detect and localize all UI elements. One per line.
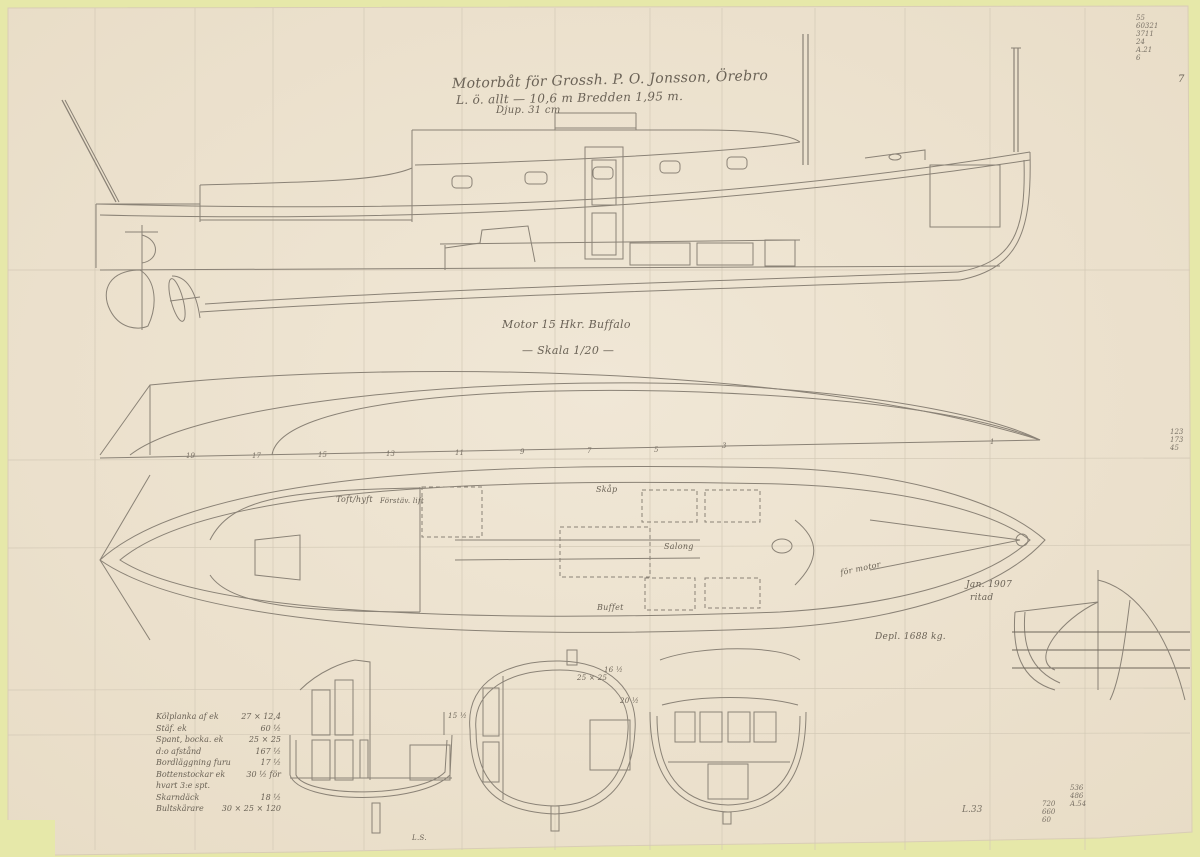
table-row: hvart 3:e spt. — [156, 781, 281, 793]
station-label: 9 — [520, 448, 524, 456]
station-label: 7 — [587, 447, 591, 455]
drawn-note: ritad — [970, 593, 993, 603]
station-label: 19 — [186, 452, 195, 460]
table-row: Kölplanka af ek27 × 12,4 — [156, 712, 281, 724]
station-label: 11 — [455, 449, 464, 457]
station-label: 3 — [722, 442, 726, 450]
table-row: Skarndäck18 ½ — [156, 793, 281, 805]
plan-label-salon: Salong — [664, 542, 694, 551]
page-number: 7 — [1178, 74, 1185, 85]
table-row: Bultskärare30 × 25 × 120 — [156, 804, 281, 816]
depth-note: Djup. 31 cm — [496, 105, 561, 116]
plan-label-cabinet: Skåp — [596, 485, 617, 494]
section2-dim-c: 20 ½ — [620, 697, 639, 705]
station-label: 17 — [252, 452, 261, 460]
margin-note-top-right: 55 60321 3711 24 A.21 6 — [1136, 14, 1158, 62]
plan-label-room1: Toft/hyft — [336, 495, 373, 504]
table-row: Bordläggning furu17 ½ — [156, 758, 281, 770]
date-note: Jan. 1907 — [966, 580, 1012, 590]
table-row: Spant, bocka. ek25 × 25 — [156, 735, 281, 747]
section-bottom-note: L.S. — [412, 834, 427, 842]
plan-label-buffet: Buffet — [597, 603, 624, 612]
motor-note: Motor 15 Hkr. Buffalo — [502, 318, 631, 331]
plan-label-room2: Förstäv. lift — [380, 497, 424, 505]
table-row: Stäf. ek60 ½ — [156, 724, 281, 736]
margin-note-bottom-a: L.33 — [962, 806, 982, 814]
station-label: 1 — [990, 438, 994, 446]
displacement-note: Depl. 1688 kg. — [875, 632, 946, 642]
scantlings-table: Kölplanka af ek27 × 12,4 Stäf. ek60 ½ Sp… — [156, 712, 281, 816]
margin-note-bottom-b: 720 660 60 — [1042, 800, 1055, 824]
section2-dim-b: 16 ½ — [604, 666, 623, 674]
margin-note-bottom-right: 536 486 A.54 — [1070, 784, 1086, 808]
section1-dim: 15 ½ — [448, 712, 467, 720]
station-label: 5 — [654, 446, 658, 454]
table-row: Bottenstockar ek30 ½ för — [156, 770, 281, 782]
station-label: 15 — [318, 451, 327, 459]
table-row: d:o afstånd167 ½ — [156, 747, 281, 759]
scale-note: — Skala 1/20 — — [522, 344, 614, 357]
section2-dim-a: 25 × 25 — [577, 674, 607, 682]
station-label: 13 — [386, 450, 395, 458]
margin-note-right-edge: 123 173 45 — [1170, 428, 1183, 452]
